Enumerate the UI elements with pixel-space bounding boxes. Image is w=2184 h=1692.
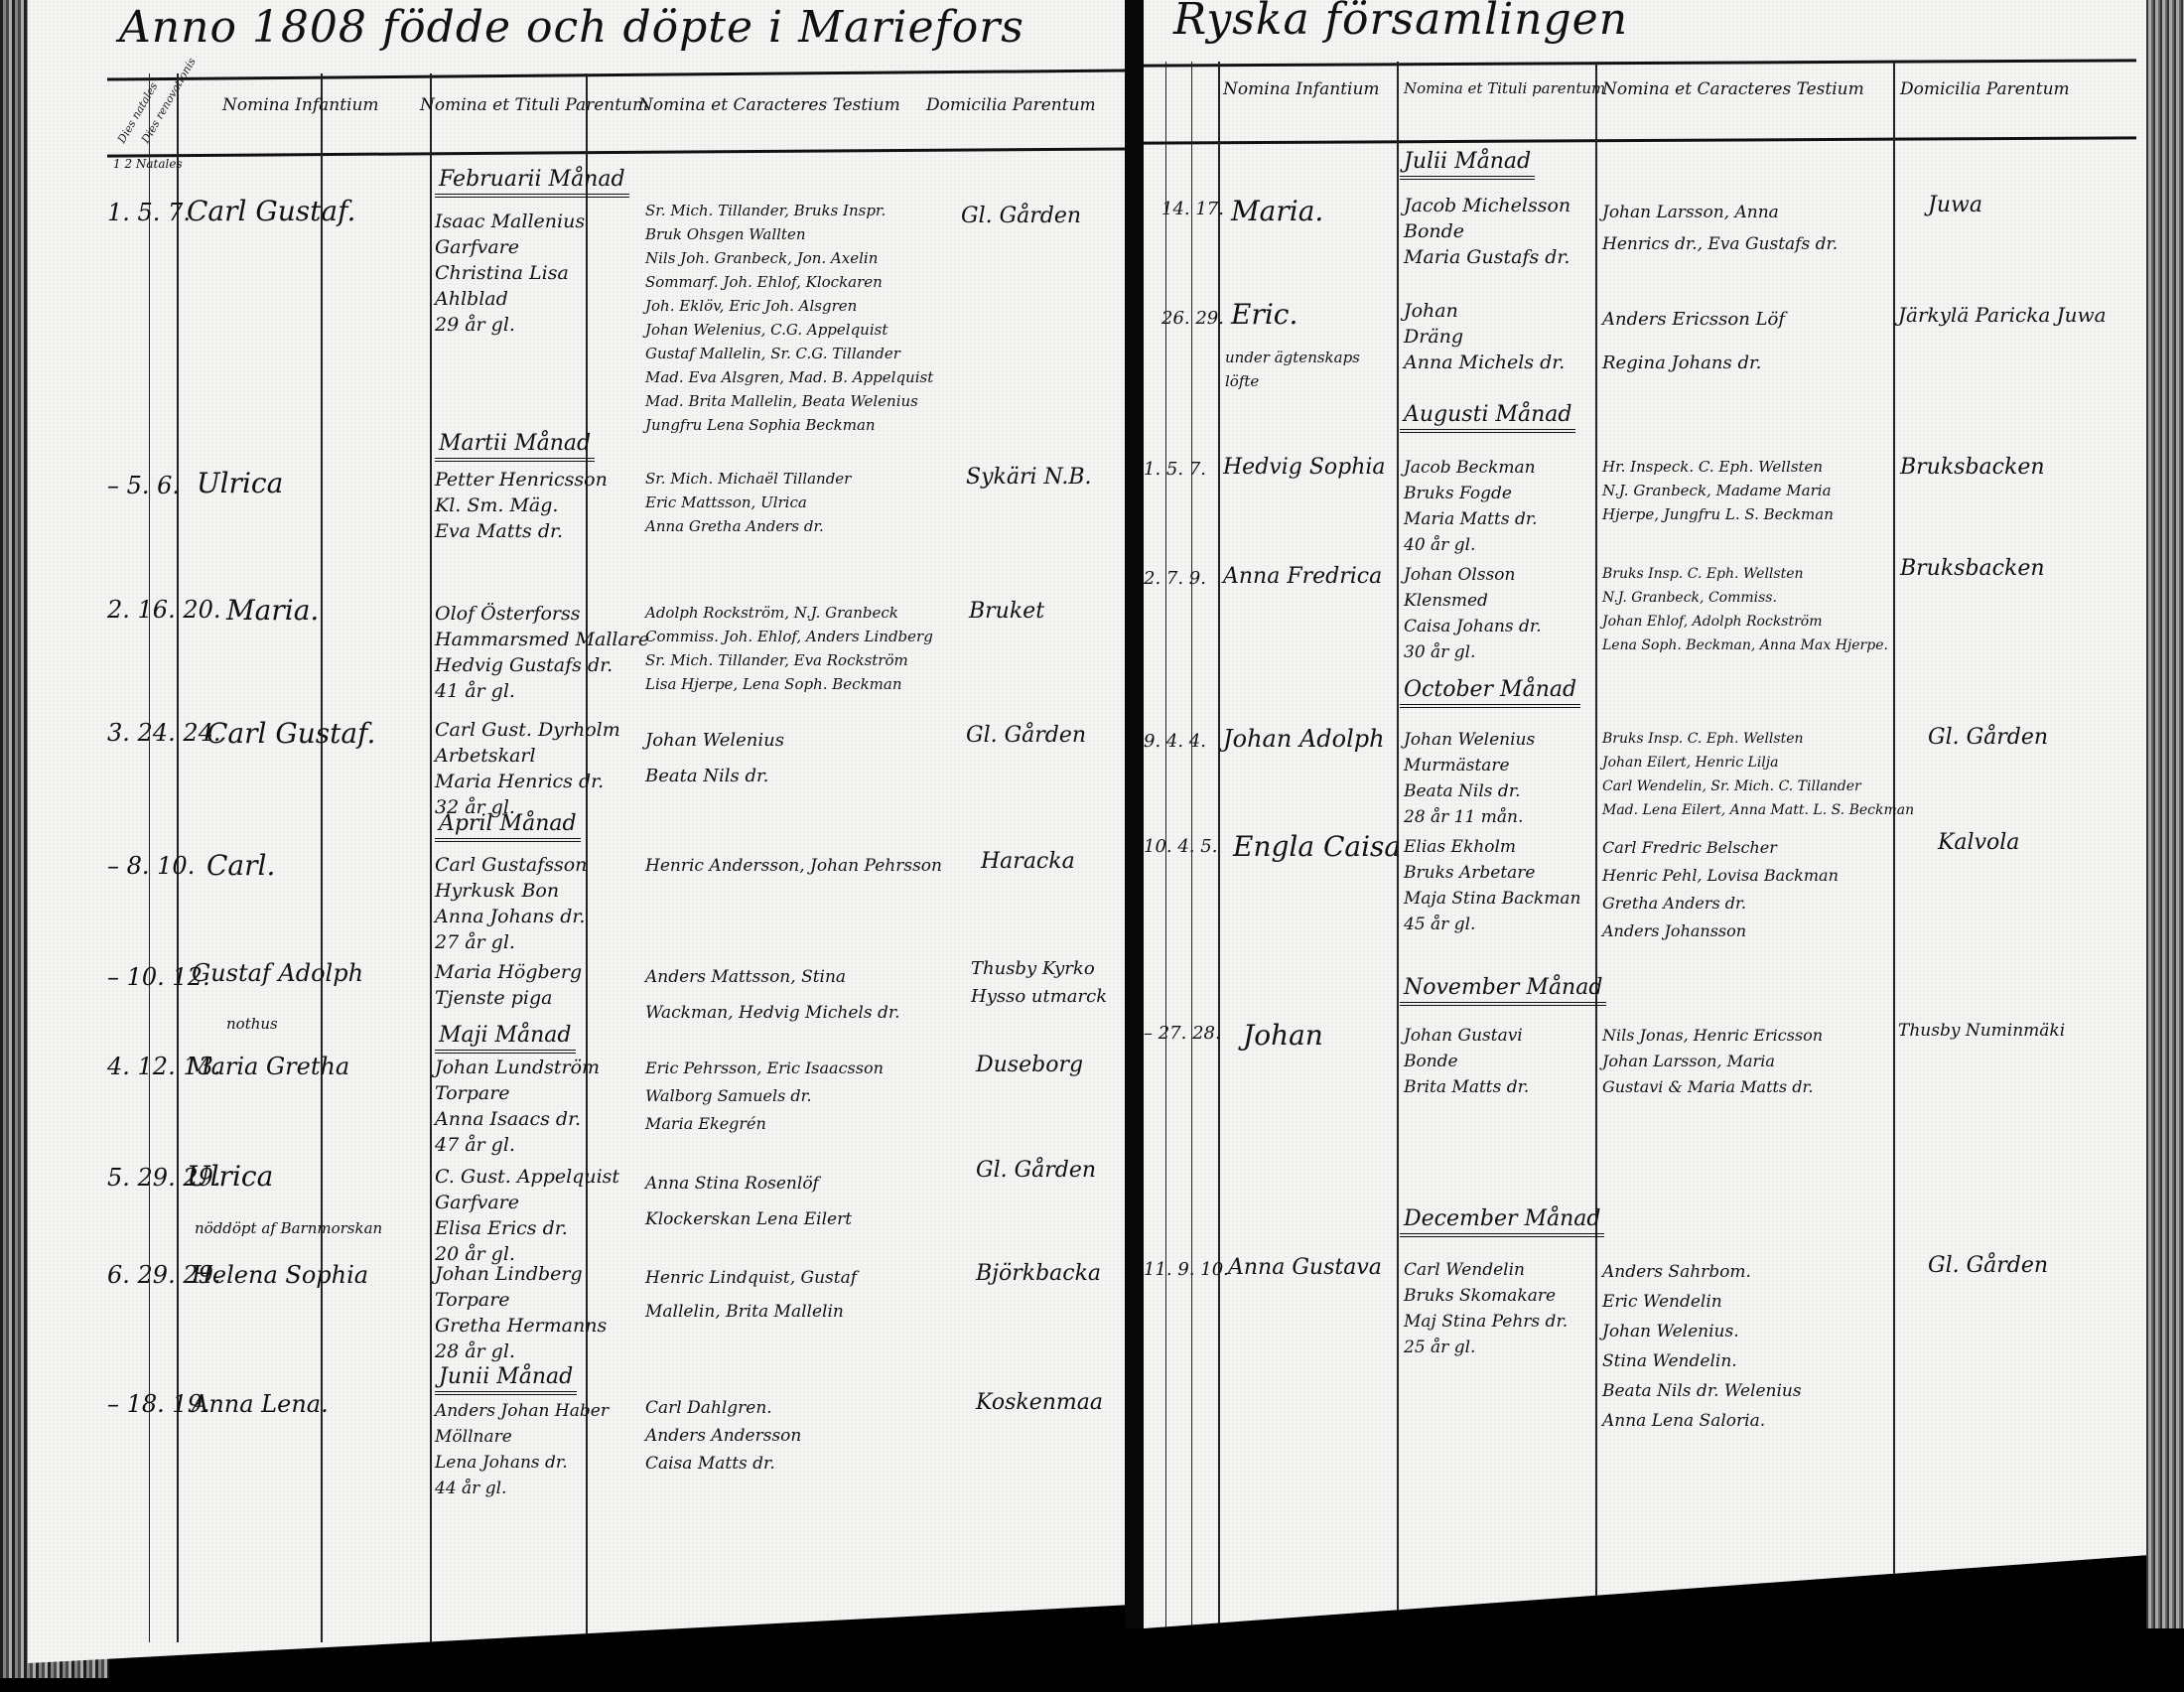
- month-heading: Julii Månad: [1400, 149, 1535, 180]
- col-divider-sponsors: [1595, 62, 1597, 1630]
- sponsor-line: Hr. Inspeck. C. Eph. Wellsten: [1602, 455, 1834, 479]
- domicile: Gl. Gården: [1928, 1253, 2048, 1278]
- register-spread: Anno 1808 födde och döpte i Mariefors Di…: [0, 0, 2184, 1692]
- parent-line: Isaac Mallenius: [435, 209, 585, 234]
- entry-numbers: 9. 4. 4.: [1144, 731, 1206, 752]
- month-heading: Maji Månad: [435, 1023, 576, 1054]
- sponsors-block: Bruks Insp. C. Eph. Wellsten Johan Eiler…: [1602, 727, 1914, 822]
- sponsors-block: Nils Jonas, Henric Ericsson Johan Larsso…: [1602, 1023, 1823, 1100]
- parent-line: Brita Matts dr.: [1404, 1074, 1529, 1100]
- infant-name: Johan Adolph: [1223, 725, 1385, 753]
- parents-block: Johan Welenius Murmästare Beata Nils dr.…: [1404, 727, 1535, 830]
- entry-numbers: 10. 4. 5.: [1144, 836, 1217, 857]
- domicile: Gl. Gården: [966, 723, 1086, 748]
- parent-line: Carl Wendelin: [1404, 1257, 1568, 1283]
- parents-block: C. Gust. Appelquist Garfvare Elisa Erics…: [435, 1164, 619, 1267]
- sponsors-block: Anders Ericsson Löf Regina Johans dr.: [1602, 298, 1785, 385]
- parent-line: Caisa Johans dr.: [1404, 614, 1542, 639]
- sponsor-line: N.J. Granbeck, Commiss.: [1602, 586, 1888, 610]
- parent-line: Tjenste piga: [435, 985, 582, 1011]
- month-heading: October Månad: [1400, 677, 1580, 708]
- sponsor-line: Bruk Ohsgen Wallten: [645, 222, 933, 246]
- parent-line: 44 år gl.: [435, 1476, 609, 1501]
- domicile: Gl. Gården: [976, 1158, 1096, 1183]
- sponsor-line: Anders Sahrbom.: [1602, 1257, 1802, 1287]
- infant-name: Johan: [1243, 1019, 1323, 1052]
- domicile: Juwa: [1928, 193, 1982, 217]
- sponsor-line: Carl Dahlgren.: [645, 1394, 801, 1422]
- sponsor-line: Gustaf Mallelin, Sr. C.G. Tillander: [645, 342, 933, 365]
- entry-numbers: – 27. 28.: [1144, 1023, 1221, 1044]
- infant-name: Hedvig Sophia: [1223, 455, 1386, 480]
- sponsors-block: Johan Welenius Beata Nils dr.: [645, 723, 784, 794]
- parents-block: Jacob Beckman Bruks Fogde Maria Matts dr…: [1404, 455, 1538, 558]
- sponsor-line: Henric Pehl, Lovisa Backman: [1602, 862, 1839, 890]
- sponsor-line: Gretha Anders dr.: [1602, 890, 1839, 917]
- parents-block: Carl Gustafsson Hyrkusk Bon Anna Johans …: [435, 852, 587, 955]
- parent-line: Anna Michels dr.: [1404, 350, 1565, 375]
- sponsors-block: Adolph Rockström, N.J. Granbeck Commiss.…: [645, 601, 933, 696]
- sponsor-line: Regina Johans dr.: [1602, 342, 1785, 385]
- domicile: Koskenmaa: [976, 1390, 1103, 1415]
- sponsor-line: Klockerskan Lena Eilert: [645, 1201, 852, 1237]
- parent-line: Johan: [1404, 298, 1565, 324]
- domicile: Bruksbacken: [1900, 455, 2045, 480]
- parents-block: Johan Gustavi Bonde Brita Matts dr.: [1404, 1023, 1529, 1100]
- sponsor-line: Adolph Rockström, N.J. Granbeck: [645, 601, 933, 625]
- sponsors-block: Anna Stina Rosenlöf Klockerskan Lena Eil…: [645, 1166, 852, 1237]
- parent-line: Ahlblad: [435, 286, 585, 312]
- parents-block: Johan Dräng Anna Michels dr.: [1404, 298, 1565, 375]
- sponsor-line: Johan Eilert, Henric Lilja: [1602, 751, 1914, 775]
- parent-line: Eva Matts dr.: [435, 518, 608, 544]
- infant-note: nöddöpt af Barnmorskan: [195, 1219, 382, 1237]
- parent-line: Bruks Arbetare: [1404, 860, 1580, 886]
- header-bottom-rule: [107, 147, 1130, 157]
- parents-block: Isaac Mallenius Garfvare Christina Lisa …: [435, 209, 585, 338]
- header-domicile: Domicilia Parentum: [926, 95, 1096, 115]
- infant-name: Carl Gustaf.: [187, 195, 355, 227]
- sponsors-block: Carl Dahlgren. Anders Andersson Caisa Ma…: [645, 1394, 801, 1478]
- header-bottom-rule: [1144, 136, 2136, 144]
- parent-line: Bruks Fogde: [1404, 481, 1538, 506]
- parent-line: Gretha Hermanns: [435, 1313, 607, 1339]
- parent-line: 28 år gl.: [435, 1339, 607, 1364]
- sponsors-block: Anders Mattsson, Stina Wackman, Hedvig M…: [645, 959, 900, 1031]
- parent-line: Johan Lindberg: [435, 1261, 607, 1287]
- sponsor-line: Anders Johansson: [1602, 917, 1839, 945]
- sponsor-line: N.J. Granbeck, Madame Maria: [1602, 479, 1834, 502]
- col-divider-domicile: [1893, 62, 1895, 1630]
- parent-line: Elias Ekholm: [1404, 834, 1580, 860]
- parent-line: Torpare: [435, 1287, 607, 1313]
- parent-line: Carl Gustafsson: [435, 852, 587, 878]
- sponsor-line: Joh. Eklöv, Eric Joh. Alsgren: [645, 294, 933, 318]
- header-top-rule: [1144, 59, 2136, 67]
- sponsor-line: Anders Andersson: [645, 1422, 801, 1450]
- parent-line: Maria Matts dr.: [1404, 506, 1538, 532]
- parent-line: Petter Henricsson: [435, 467, 608, 493]
- parent-line: 30 år gl.: [1404, 639, 1542, 665]
- sponsors-block: Anders Sahrbom. Eric Wendelin Johan Wele…: [1602, 1257, 1802, 1436]
- domicile: Haracka: [981, 849, 1075, 874]
- parents-block: Carl Gust. Dyrholm Arbetskarl Maria Henr…: [435, 717, 620, 820]
- sponsor-line: Anna Gretha Anders dr.: [645, 514, 851, 538]
- infant-name: Anna Fredrica: [1223, 564, 1382, 589]
- sponsor-line: Jungfru Lena Sophia Beckman: [645, 413, 933, 437]
- entry-numbers: 2. 16. 20.: [107, 596, 221, 624]
- infant-name: Engla Caisa: [1233, 830, 1401, 863]
- sponsors-block: Henric Lindquist, Gustaf Mallelin, Brita…: [645, 1261, 857, 1329]
- parents-block: Petter Henricsson Kl. Sm. Mäg. Eva Matts…: [435, 467, 608, 544]
- domicile: Gl. Gården: [1928, 725, 2048, 750]
- sponsor-line: Johan Larsson, Maria: [1602, 1049, 1823, 1074]
- infant-name: Maria Gretha: [187, 1053, 349, 1080]
- infant-note: under ägtenskaps löfte: [1225, 346, 1394, 393]
- sponsor-line: Mallelin, Brita Mallelin: [645, 1295, 857, 1329]
- sponsors-block: Eric Pehrsson, Eric Isaacsson Walborg Sa…: [645, 1055, 884, 1138]
- parent-line: Anna Johans dr.: [435, 904, 587, 929]
- parent-line: 29 år gl.: [435, 312, 585, 338]
- sponsor-line: Johan Ehlof, Adolph Rockström: [1602, 610, 1888, 634]
- parent-line: Bonde: [1404, 1049, 1529, 1074]
- parent-line: Elisa Erics dr.: [435, 1215, 619, 1241]
- parent-line: Johan Welenius: [1404, 727, 1535, 753]
- sponsor-line: Nils Joh. Granbeck, Jon. Axelin: [645, 246, 933, 270]
- parents-block: Carl Wendelin Bruks Skomakare Maj Stina …: [1404, 1257, 1568, 1360]
- sponsor-line: Mad. Eva Alsgren, Mad. B. Appelquist: [645, 365, 933, 389]
- parent-line: Lena Johans dr.: [435, 1450, 609, 1476]
- parent-line: Olof Österforss: [435, 601, 649, 627]
- header-parents: Nomina et Tituli Parentum: [420, 95, 648, 115]
- infant-name: Anna Gustava: [1228, 1255, 1382, 1280]
- month-heading: Martii Månad: [435, 431, 595, 462]
- right-page-title: Ryska församlingen: [1173, 0, 1628, 45]
- month-heading: Junii Månad: [435, 1364, 577, 1395]
- entry-numbers: 26. 29.: [1161, 308, 1224, 329]
- sponsors-block: Sr. Mich. Tillander, Bruks Inspr. Bruk O…: [645, 199, 933, 437]
- parent-line: Murmästare: [1404, 753, 1535, 778]
- sponsor-line: Lisa Hjerpe, Lena Soph. Beckman: [645, 672, 933, 696]
- parents-block: Johan Lindberg Torpare Gretha Hermanns 2…: [435, 1261, 607, 1364]
- sponsor-line: Anders Ericsson Löf: [1602, 298, 1785, 342]
- month-heading: December Månad: [1400, 1206, 1604, 1237]
- sponsor-line: Sommarf. Joh. Ehlof, Klockaren: [645, 270, 933, 294]
- left-page-title: Anno 1808 födde och döpte i Mariefors: [119, 2, 1024, 53]
- month-heading: Augusti Månad: [1400, 402, 1575, 433]
- sponsor-line: Wackman, Hedvig Michels dr.: [645, 995, 900, 1031]
- parents-block: Anders Johan Haber Möllnare Lena Johans …: [435, 1398, 609, 1501]
- header-sub-label: 1 2 Natales: [113, 157, 183, 171]
- right-page-edges: [2146, 0, 2184, 1628]
- sponsor-line: Sr. Mich. Michaël Tillander: [645, 467, 851, 491]
- sponsor-line: Hjerpe, Jungfru L. S. Beckman: [1602, 502, 1834, 526]
- parent-line: Anna Isaacs dr.: [435, 1106, 600, 1132]
- sponsor-line: Sr. Mich. Tillander, Bruks Inspr.: [645, 199, 933, 222]
- header-infant: Nomina Infantium: [222, 95, 379, 115]
- sponsor-line: Henric Lindquist, Gustaf: [645, 1261, 857, 1295]
- parent-line: Carl Gust. Dyrholm: [435, 717, 620, 743]
- parent-line: 32 år gl.: [435, 794, 620, 820]
- parent-line: Arbetskarl: [435, 743, 620, 769]
- sponsors-block: Bruks Insp. C. Eph. Wellsten N.J. Granbe…: [1602, 562, 1888, 657]
- header-sponsors: Nomina et Caracteres Testium: [1602, 79, 1864, 99]
- domicile: Thusby Numinmäki: [1898, 1021, 2065, 1041]
- sponsor-line: Caisa Matts dr.: [645, 1450, 801, 1478]
- infant-name: Ulrica: [197, 467, 283, 499]
- parents-block: Maria Högberg Tjenste piga: [435, 959, 582, 1011]
- header-parents: Nomina et Tituli parentum: [1404, 79, 1605, 97]
- parent-line: Beata Nils dr.: [1404, 778, 1535, 804]
- parent-line: Johan Olsson: [1404, 562, 1542, 588]
- parent-line: Hyrkusk Bon: [435, 878, 587, 904]
- sponsor-line: Anna Lena Saloria.: [1602, 1406, 1802, 1436]
- parents-block: Olof Österforss Hammarsmed Mallare Hedvi…: [435, 601, 649, 704]
- parent-line: Bruks Skomakare: [1404, 1283, 1568, 1309]
- entry-numbers: 1. 5. 7.: [107, 199, 191, 226]
- col-divider-sponsors: [430, 73, 432, 1642]
- parents-block: Jacob Michelsson Bonde Maria Gustafs dr.: [1404, 193, 1570, 270]
- entry-numbers: 3. 24. 24.: [107, 719, 221, 747]
- sponsor-line: Eric Mattsson, Ulrica: [645, 491, 851, 514]
- sponsor-line: Eric Pehrsson, Eric Isaacsson: [645, 1055, 884, 1082]
- infant-name: Helena Sophia: [192, 1261, 368, 1289]
- sponsor-line: Anna Stina Rosenlöf: [645, 1166, 852, 1201]
- sponsor-line: Mad. Lena Eilert, Anna Matt. L. S. Beckm…: [1602, 798, 1914, 822]
- domicile: Duseborg: [976, 1053, 1083, 1077]
- sponsor-line: Stina Wendelin.: [1602, 1346, 1802, 1376]
- domicile: Gl. Gården: [961, 204, 1081, 228]
- parents-block: Johan Olsson Klensmed Caisa Johans dr. 3…: [1404, 562, 1542, 665]
- left-page: Anno 1808 födde och döpte i Mariefors Di…: [28, 0, 1125, 1663]
- entry-numbers: 11. 9. 10.: [1144, 1259, 1229, 1280]
- parent-line: Maja Stina Backman: [1404, 886, 1580, 912]
- parent-line: Jacob Beckman: [1404, 455, 1538, 481]
- parent-line: 45 år gl.: [1404, 912, 1580, 937]
- domicile: Sykäri N.B.: [966, 465, 1092, 490]
- parent-line: Bonde: [1404, 218, 1570, 244]
- sponsor-line: Maria Ekegrén: [645, 1110, 884, 1138]
- parent-line: 40 år gl.: [1404, 532, 1538, 558]
- parent-line: 28 år 11 mån.: [1404, 804, 1535, 830]
- domicile: Järkylä Paricka Juwa: [1898, 298, 2136, 332]
- sponsor-line: Bruks Insp. C. Eph. Wellsten: [1602, 562, 1888, 586]
- sponsor-line: Lena Soph. Beckman, Anna Max Hjerpe.: [1602, 634, 1888, 657]
- domicile: Thusby Kyrko Hysso utmarck: [971, 955, 1120, 1011]
- sponsor-line: Sr. Mich. Tillander, Eva Rockström: [645, 648, 933, 672]
- parent-line: Hedvig Gustafs dr.: [435, 652, 649, 678]
- infant-name: Anna Lena.: [192, 1390, 329, 1418]
- col-divider-infant: [1218, 62, 1220, 1630]
- sponsor-line: Walborg Samuels dr.: [645, 1082, 884, 1110]
- domicile: Björkbacka: [976, 1261, 1101, 1286]
- sponsors-block: Sr. Mich. Michaël Tillander Eric Mattsso…: [645, 467, 851, 538]
- entry-numbers: 14. 17.: [1161, 199, 1224, 219]
- parent-line: 47 år gl.: [435, 1132, 600, 1158]
- parent-line: Anders Johan Haber: [435, 1398, 609, 1424]
- entry-numbers: – 8. 10.: [107, 852, 195, 880]
- parent-line: Christina Lisa: [435, 260, 585, 286]
- sponsor-line: Johan Welenius, C.G. Appelquist: [645, 318, 933, 342]
- parent-line: Garfvare: [435, 234, 585, 260]
- domicile: Kalvola: [1938, 830, 2019, 855]
- sponsor-line: Beata Nils dr.: [645, 759, 784, 794]
- sponsor-line: Carl Fredric Belscher: [1602, 834, 1839, 862]
- sponsor-line: Anders Mattsson, Stina: [645, 959, 900, 995]
- parent-line: Johan Lundström: [435, 1055, 600, 1080]
- parent-line: Johan Gustavi: [1404, 1023, 1529, 1049]
- sponsor-line: Mad. Brita Mallelin, Beata Welenius: [645, 389, 933, 413]
- infant-name: Ulrica: [187, 1160, 273, 1193]
- parents-block: Johan Lundström Torpare Anna Isaacs dr. …: [435, 1055, 600, 1158]
- sponsors-block: Johan Larsson, Anna Henrics dr., Eva Gus…: [1602, 197, 1838, 260]
- domicile: Bruksbacken: [1900, 556, 2045, 581]
- entry-numbers: 1. 5. 7.: [1144, 459, 1206, 480]
- month-heading: November Månad: [1400, 975, 1606, 1006]
- infant-name: Maria.: [226, 594, 319, 627]
- parent-line: Jacob Michelsson: [1404, 193, 1570, 218]
- month-heading: Februarii Månad: [435, 167, 629, 198]
- parent-line: 25 år gl.: [1404, 1335, 1568, 1360]
- parent-line: Maria Högberg: [435, 959, 582, 985]
- header-infant: Nomina Infantium: [1223, 79, 1380, 99]
- parent-line: 27 år gl.: [435, 929, 587, 955]
- parent-line: Torpare: [435, 1080, 600, 1106]
- sponsors-block: Henric Andersson, Johan Pehrsson: [645, 854, 942, 878]
- sponsors-block: Carl Fredric Belscher Henric Pehl, Lovis…: [1602, 834, 1839, 945]
- parent-line: Klensmed: [1404, 588, 1542, 614]
- sponsor-line: Henric Andersson, Johan Pehrsson: [645, 854, 942, 878]
- sponsor-line: Gustavi & Maria Matts dr.: [1602, 1074, 1823, 1100]
- entry-numbers: – 5. 6.: [107, 472, 180, 499]
- sponsor-line: Bruks Insp. C. Eph. Wellsten: [1602, 727, 1914, 751]
- parent-line: Kl. Sm. Mäg.: [435, 493, 608, 518]
- parent-line: Dräng: [1404, 324, 1565, 350]
- header-sponsors: Nomina et Caracteres Testium: [638, 95, 900, 115]
- parent-line: Maria Gustafs dr.: [1404, 244, 1570, 270]
- entry-numbers: 2. 7. 9.: [1144, 568, 1206, 589]
- infant-name: Maria.: [1231, 195, 1323, 227]
- parent-line: C. Gust. Appelquist: [435, 1164, 619, 1190]
- infant-name: Gustaf Adolph: [192, 959, 363, 987]
- header-top-rule: [107, 70, 1130, 81]
- parent-line: Hammarsmed Mallare: [435, 627, 649, 652]
- parents-block: Elias Ekholm Bruks Arbetare Maja Stina B…: [1404, 834, 1580, 937]
- parent-line: Maria Henrics dr.: [435, 769, 620, 794]
- sponsor-line: Nils Jonas, Henric Ericsson: [1602, 1023, 1823, 1049]
- parent-line: Garfvare: [435, 1190, 619, 1215]
- infant-name: Carl.: [206, 849, 275, 882]
- sponsor-line: Eric Wendelin: [1602, 1287, 1802, 1317]
- sponsors-block: Hr. Inspeck. C. Eph. Wellsten N.J. Granb…: [1602, 455, 1834, 526]
- infant-name: Carl Gustaf.: [206, 717, 375, 750]
- sponsor-line: Henrics dr., Eva Gustafs dr.: [1602, 228, 1838, 260]
- book-gutter: [1125, 0, 1144, 1628]
- parent-line: Möllnare: [435, 1424, 609, 1450]
- parent-line: Maj Stina Pehrs dr.: [1404, 1309, 1568, 1335]
- sponsor-line: Johan Welenius.: [1602, 1317, 1802, 1346]
- sponsor-line: Johan Welenius: [645, 723, 784, 759]
- header-domicile: Domicilia Parentum: [1900, 79, 2070, 99]
- domicile: Bruket: [969, 599, 1044, 624]
- sponsor-line: Beata Nils dr. Welenius: [1602, 1376, 1802, 1406]
- infant-name: Eric.: [1231, 298, 1297, 331]
- sponsor-line: Commiss. Joh. Ehlof, Anders Lindberg: [645, 625, 933, 648]
- sponsor-line: Johan Larsson, Anna: [1602, 197, 1838, 228]
- parent-line: 41 år gl.: [435, 678, 649, 704]
- right-page: Ryska församlingen Nomina Infantium Nomi…: [1144, 0, 2146, 1628]
- sponsor-line: Carl Wendelin, Sr. Mich. C. Tillander: [1602, 775, 1914, 798]
- infant-note: nothus: [226, 1015, 278, 1033]
